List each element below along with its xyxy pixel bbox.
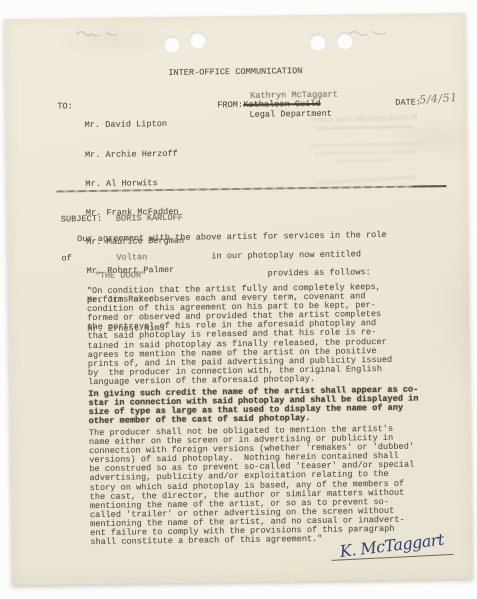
from-department: Legal Department <box>249 110 332 121</box>
memo-title: INTER-OFFICE COMMUNICATION <box>5 65 466 81</box>
divider-rule-cap <box>412 185 446 188</box>
subject-value: BORIS KARLOFF <box>116 214 183 224</box>
show-through-line <box>315 151 415 155</box>
body-paragraph-2: In giving such credit the name of the ar… <box>88 385 419 426</box>
to-name: Mr. David Lipton <box>85 120 183 131</box>
to-name: Mr. Al Horwits <box>85 178 183 189</box>
show-through-signature <box>313 175 417 186</box>
pencil-mark <box>74 26 120 43</box>
date-handwritten: 5/4/51 <box>419 91 458 107</box>
date-label: DATE: <box>395 98 421 108</box>
punch-hole <box>309 34 326 51</box>
to-name: Mr. Archie Herzoff <box>85 149 183 160</box>
role-name: Voltan <box>116 253 147 263</box>
body-paragraph-3: The producer shall not be obligated to m… <box>89 425 416 548</box>
scanned-memo: PLEASE RETURN THIS COPY INTER-OFFICE COM… <box>0 0 477 599</box>
from-label: FROM: <box>217 101 243 111</box>
entitled-line: in our photoplay now entitled <box>211 250 361 261</box>
punch-hole <box>163 36 180 53</box>
show-through-line <box>317 126 413 130</box>
subject-label: SUBJECT: <box>61 215 102 225</box>
show-through-stamp: PLEASE RETURN THIS COPY <box>299 113 430 183</box>
provides-line: provides as follows: <box>268 268 371 279</box>
intro-line: Our agreement with the above artist for … <box>77 231 387 245</box>
show-through-line <box>335 159 395 163</box>
of-label: of <box>61 254 71 264</box>
photoplay-title: "THE DOOR" <box>95 271 147 281</box>
body-paragraph-1: "On condition that the artist fully and … <box>87 283 393 387</box>
to-label: TO: <box>57 102 73 112</box>
show-through-line <box>310 142 420 147</box>
memo-paper: PLEASE RETURN THIS COPY INTER-OFFICE COM… <box>4 13 473 585</box>
punch-hole <box>189 31 206 48</box>
pencil-mark <box>346 26 390 41</box>
